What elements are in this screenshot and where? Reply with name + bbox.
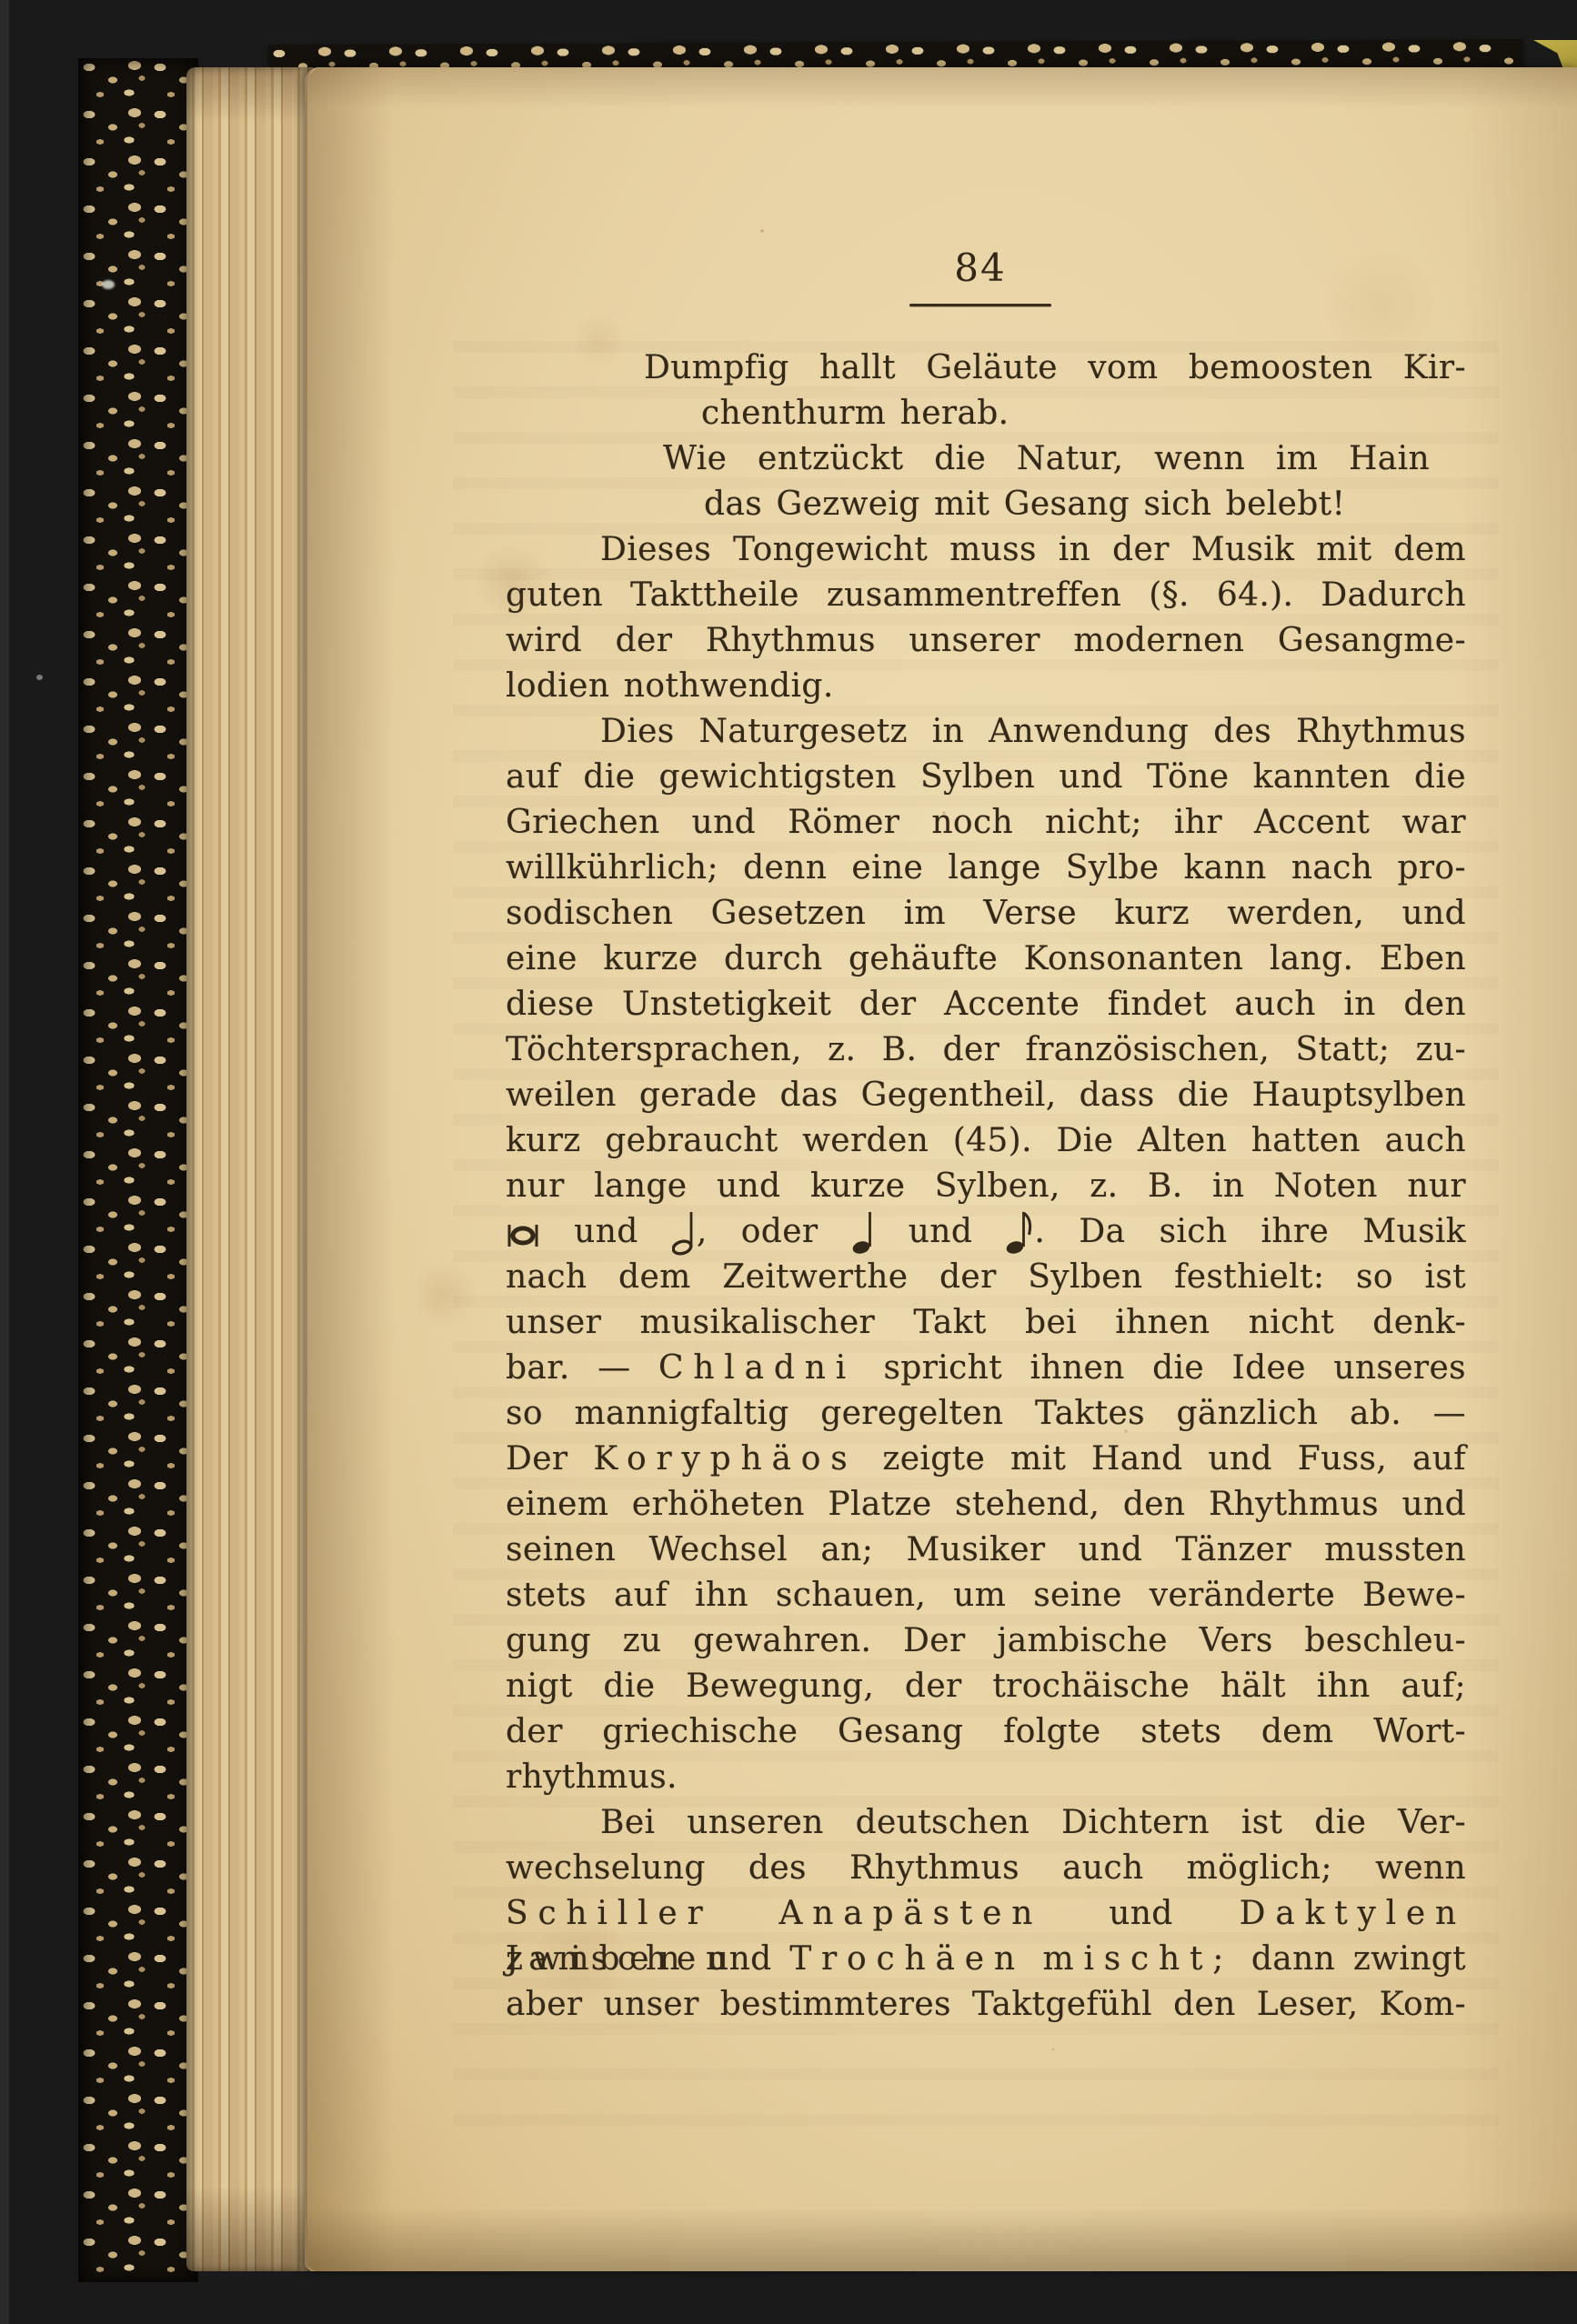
text-line: diese Unstetigkeit der Accente findet au… [506,982,1466,1027]
text-line: aber unser bestimmteres Taktgefühl den L… [506,1982,1466,2028]
half-note-icon [672,1215,697,1242]
verse-line: chenthurm herab. [506,391,1466,436]
text-line: einem erhöheten Platze stehend, den Rhyt… [506,1482,1466,1528]
text-line: unser musikalischer Takt bei ihnen nicht… [506,1300,1466,1346]
text-block: Dumpfig hallt Geläute vom bemoosten Kir-… [506,346,1466,2028]
verse-line: Wie entzückt die Natur, wenn im Hain [506,436,1466,482]
text-line: Dieses Tongewicht muss in der Musik mit … [506,527,1466,573]
text-segment: spricht ihnen die Idee unseres [856,1349,1466,1387]
dust-speck [36,675,43,680]
text-line: stets auf ihn schauen, um seine veränder… [506,1573,1466,1618]
text-line: sodischen Gesetzen im Verse kurz werden,… [506,891,1466,937]
text-line: rhythmus. [506,1755,1466,1800]
emphasized-word: Daktylen [1240,1895,1466,1932]
text-line: Bei unseren deutschen Dichtern ist die V… [506,1800,1466,1846]
text-segment [1025,1940,1043,1978]
text-line: seinen Wechsel an; Musiker und Tänzer mu… [506,1528,1466,1573]
text-line: so mannigfaltig geregelten Taktes gänzli… [506,1391,1466,1437]
text-segment: und [689,1940,789,1978]
text-line: Töchtersprachen, z. B. der französischen… [506,1027,1466,1073]
emphasized-word: Anapästen [778,1895,1042,1932]
text-line: Der Koryphäos zeigte mit Hand und Fuss, … [506,1437,1466,1482]
book-cover-spine [78,58,198,2282]
notation-text: und [875,1213,1007,1250]
text-line: nur lange und kurze Sylben, z. B. in Not… [506,1164,1466,1209]
text-line: der griechische Gesang folgte stets dem … [506,1709,1466,1755]
text-segment [712,1895,778,1932]
double-whole-note-icon [506,1215,540,1242]
emphasized-word: Schiller [506,1895,712,1932]
quarter-note-icon [852,1215,875,1242]
text-line: guten Takttheile zusammentreffen (§. 64.… [506,573,1466,618]
notation-text: und [540,1213,672,1250]
text-line-music-notation: und , oder und . Da sich ihre Musik [506,1209,1466,1255]
text-line: wird der Rhythmus unserer modernen Gesan… [506,618,1466,664]
emphasized-word: Jamben [506,1940,689,1978]
eighth-note-icon [1006,1215,1034,1242]
text-segment: und [1042,1895,1239,1932]
text-line: Schiller Anapästen und Daktylen zwischen [506,1891,1466,1937]
text-line: lodien nothwendig. [506,664,1466,709]
text-segment: zeigte mit Hand und Fuss, auf [858,1440,1466,1478]
text-line: kurz gebraucht werden (45). Die Alten ha… [506,1118,1466,1164]
book-photo-scene: 84 Dumpfig hallt Geläute vom bemoosten K… [0,0,1577,2324]
text-segment: Der [506,1440,593,1478]
text-line: willkührlich; denn eine lange Sylbe kann… [506,846,1466,891]
text-segment: bar. — [506,1349,658,1387]
verse-line: das Gezweig mit Gesang sich belebt! [506,482,1466,527]
text-line: bar. — Chladni spricht ihnen die Idee un… [506,1346,1466,1391]
emphasized-name: Chladni [658,1349,856,1387]
text-segment: dann zwingt [1233,1940,1466,1978]
photo-edge [0,0,9,2324]
verse-line: Dumpfig hallt Geläute vom bemoosten Kir- [506,346,1466,391]
text-line: eine kurze durch gehäufte Konsonanten la… [506,937,1466,982]
text-line: Griechen und Römer noch nicht; ihr Accen… [506,800,1466,846]
notation-text: , oder [697,1213,852,1250]
text-line: auf die gewichtigsten Sylben und Töne ka… [506,755,1466,800]
page-number-rule [909,304,1051,306]
text-line: gung zu gewahren. Der jambische Vers bes… [506,1618,1466,1664]
text-line: nach dem Zeitwerthe der Sylben festhielt… [506,1255,1466,1300]
page-edge-stack [186,67,314,2271]
text-line: wechselung des Rhythmus auch möglich; we… [506,1846,1466,1891]
emphasized-word: mischt; [1043,1940,1234,1978]
page-number: 84 [903,245,1058,290]
emphasized-name: Koryphäos [593,1440,857,1478]
text-line: nigt die Bewegung, der trochäische hält … [506,1664,1466,1709]
text-line: Jamben und Trochäen mischt; dann zwingt [506,1937,1466,1982]
dust-speck [102,280,115,289]
notation-text: . Da sich ihre Musik [1034,1213,1466,1250]
emphasized-word: Trochäen [789,1940,1025,1978]
text-line: weilen gerade das Gegentheil, dass die H… [506,1073,1466,1118]
text-line: Dies Naturgesetz in Anwendung des Rhythm… [506,709,1466,755]
